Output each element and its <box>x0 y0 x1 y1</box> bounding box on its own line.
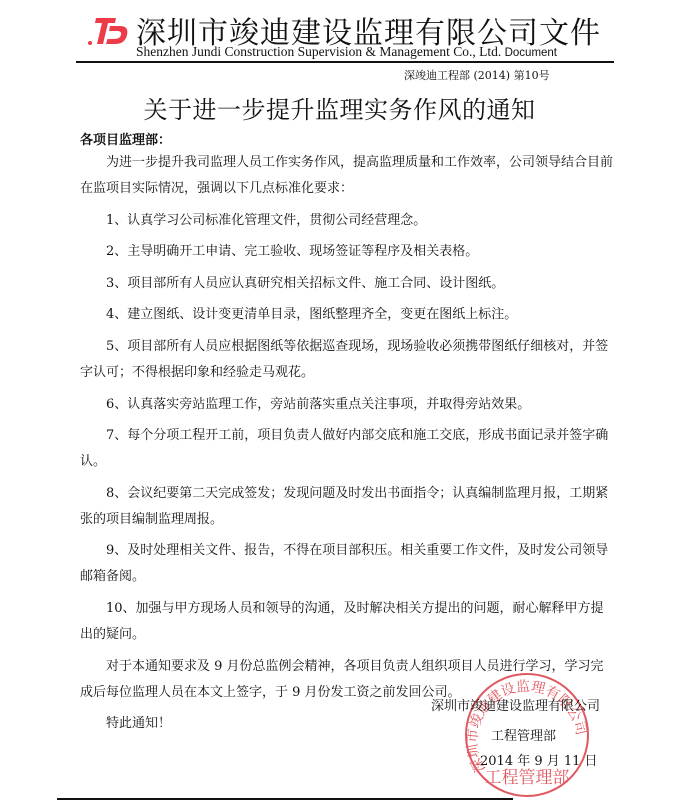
document-number: 深竣迪工程部 (2014) 第10号 <box>404 67 550 83</box>
list-item: 2、主导明确开工申请、完工验收、现场签证等程序及相关表格。 <box>80 239 614 265</box>
document-label: Document <box>505 47 557 59</box>
company-name-en: Shenzhen Jundi Construction Supervision … <box>136 44 557 60</box>
intro-paragraph: 为进一步提升我司监理人员工作实务作风，提高监理质量和工作效率，公司领导结合目前在… <box>80 150 614 202</box>
salutation: 各项目监理部： <box>80 129 171 148</box>
list-item: 5、项目部所有人员应根据图纸等依据巡查现场，现场验收必须携带图纸仔细核对，并签字… <box>80 334 614 386</box>
company-name-en-text: Shenzhen Jundi Construction Supervision … <box>136 44 501 59</box>
list-item: 7、每个分项工程开工前，项目负责人做好内部交底和施工交底，形成书面记录并签字确认… <box>80 423 614 475</box>
document-title: 关于进一步提升监理实务作风的通知 <box>0 90 679 125</box>
footer-divider <box>57 798 513 800</box>
list-item: 10、加强与甲方现场人员和领导的沟通，及时解决相关方提出的问题，耐心解释甲方提出… <box>80 596 614 648</box>
signature-company: 深圳市竣迪建设监理有限公司 <box>431 695 600 714</box>
list-item: 8、会议纪要第二天完成签发；发现问题及时发出书面指令；认真编制监理月报，工期紧张… <box>80 481 614 533</box>
list-item: 6、认真落实旁站监理工作，旁站前落实重点关注事项，并取得旁站效果。 <box>80 392 614 418</box>
seal-center-text: 工程管理部 <box>485 768 570 788</box>
list-item: 4、建立图纸、设计变更清单目录，图纸整理齐全，变更在图纸上标注。 <box>80 302 614 328</box>
list-item: 1、认真学习公司标准化管理文件，贯彻公司经营理念。 <box>80 208 614 234</box>
signature-department: 工程管理部 <box>491 725 556 744</box>
document-body: 为进一步提升我司监理人员工作实务作风，提高监理质量和工作效率，公司领导结合目前在… <box>80 150 614 737</box>
signature-date: 2014 年 9 月 11 日 <box>480 750 598 769</box>
company-logo-icon <box>86 12 130 48</box>
header-divider <box>76 61 614 63</box>
list-item: 3、项目部所有人员应认真研究相关招标文件、施工合同、设计图纸。 <box>80 271 614 297</box>
list-item: 9、及时处理相关文件、报告，不得在项目部积压。相关重要工作文件，及时发公司领导邮… <box>80 538 614 590</box>
